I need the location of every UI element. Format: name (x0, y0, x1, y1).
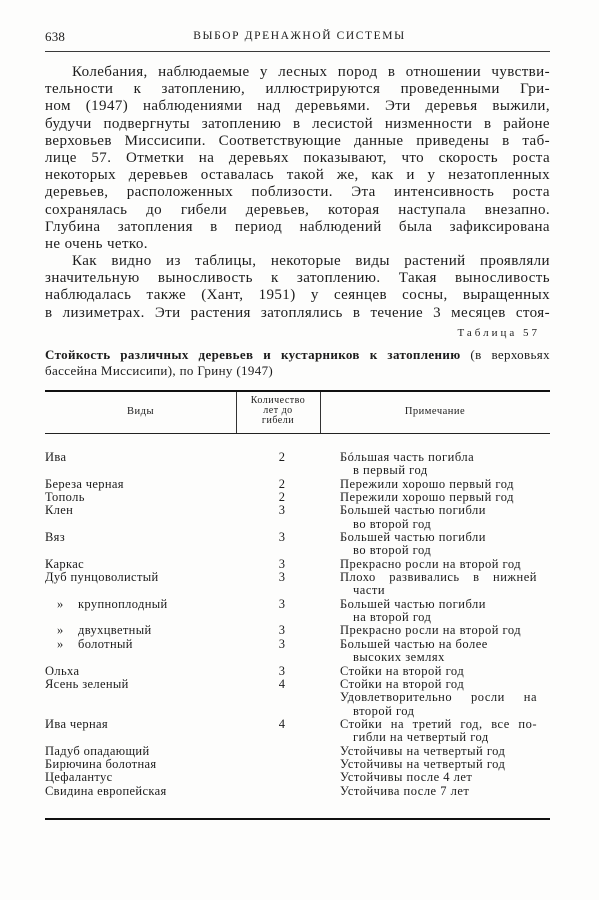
column-header-years-line: гибели (236, 416, 320, 426)
species-cell: Свидина европейская (45, 785, 236, 798)
header-rule (45, 51, 550, 52)
note-cell: Стойки на третий год, все по-гибли на че… (320, 718, 537, 745)
years-cell: 4 (236, 678, 320, 718)
note-line: во второй год (340, 544, 537, 557)
years-cell: 3 (236, 571, 320, 598)
note-line: Удовлетворительно росли на (340, 691, 537, 704)
species-cell: Падуб опадающий (45, 745, 236, 758)
text-line: Как видно из таблицы, некоторые виды рас… (45, 253, 550, 270)
species-name: Свидина европейская (45, 784, 167, 798)
species-cell: »болотный (45, 638, 236, 665)
ditto-mark: » (45, 624, 78, 637)
table-row: Ива2Бóльшая часть погиблав первый год (45, 451, 550, 478)
note-line: на второй год (340, 611, 537, 624)
table-header-rule (45, 433, 550, 434)
note-line: высоких землях (340, 651, 537, 664)
running-head: ВЫБОР ДРЕНАЖНОЙ СИСТЕМЫ (0, 30, 599, 42)
table-row: »крупноплодный3Большей частью погиблина … (45, 598, 550, 625)
species-name: Ясень зеленый (45, 677, 129, 691)
note-cell: Пережили хорошо первый год (320, 491, 537, 504)
years-cell: 3 (236, 624, 320, 637)
species-cell: Ясень зеленый (45, 678, 236, 718)
text-line: Колебания, наблюдаемые у лесных пород в … (45, 64, 550, 81)
note-line: в первый год (340, 464, 537, 477)
years-cell: 3 (236, 598, 320, 625)
text-line: деревьев, расположенных поблизости. Эта … (45, 184, 550, 201)
note-line: Пережили хорошо первый год (340, 491, 537, 504)
species-cell: Ольха (45, 665, 236, 678)
years-cell (236, 758, 320, 771)
note-cell: Устойчивы после 4 лет (320, 771, 537, 784)
species-cell: Клен (45, 504, 236, 531)
note-cell: Устойчивы на четвертый год (320, 758, 537, 771)
years-cell (236, 785, 320, 798)
species-name: крупноплодный (78, 597, 168, 611)
note-line: Прекрасно росли на второй год (340, 558, 537, 571)
species-name: Тополь (45, 490, 85, 504)
species-name: Ива черная (45, 717, 108, 731)
table-row: Тополь2Пережили хорошо первый год (45, 491, 550, 504)
book-page: 638 ВЫБОР ДРЕНАЖНОЙ СИСТЕМЫ Колебания, н… (0, 0, 599, 900)
species-name: Бирючина болотная (45, 757, 157, 771)
table-caption-line-2: бассейна Миссисипи), по Грину (1947) (45, 363, 550, 379)
species-cell: Вяз (45, 531, 236, 558)
ditto-mark: » (45, 638, 78, 651)
years-cell (236, 745, 320, 758)
species-name: Цефалантус (45, 770, 113, 784)
table-row: ЦефалантусУстойчивы после 4 лет (45, 771, 550, 784)
note-line: Устойчивы на четвертый год (340, 758, 537, 771)
years-cell: 4 (236, 718, 320, 745)
years-cell: 2 (236, 451, 320, 478)
column-header-note: Примечание (320, 406, 550, 417)
note-line: Бóльшая часть погибла (340, 451, 537, 464)
species-name: Ольха (45, 664, 79, 678)
species-cell: »двухцветный (45, 624, 236, 637)
text-line: значительную выносливость к затоплению. … (45, 270, 550, 287)
note-line: Плохо развивались в нижней (340, 571, 537, 584)
column-header-years: Количество лет до гибели (236, 396, 320, 426)
table-row: Дуб пунцоволистый3Плохо развивались в ни… (45, 571, 550, 598)
text-line: будучи подвергнуты затоплению в лесистой… (45, 116, 550, 133)
species-cell: Ива (45, 451, 236, 478)
note-cell: Устойчива после 7 лет (320, 785, 537, 798)
note-line: Прекрасно росли на второй год (340, 624, 537, 637)
species-cell: Цефалантус (45, 771, 236, 784)
species-name: Клен (45, 503, 73, 517)
species-name: Ива (45, 450, 66, 464)
text-line: наблюдалась также (Хант, 1951) у сеянцев… (45, 287, 550, 304)
note-line: Устойчивы после 4 лет (340, 771, 537, 784)
note-cell: Пережили хорошо первый год (320, 478, 537, 491)
note-cell: Прекрасно росли на второй год (320, 558, 537, 571)
note-line: второй год (340, 705, 537, 718)
species-name: Дуб пунцоволистый (45, 570, 159, 584)
text-line: в лизиметрах. Эти растения затоплялись в… (45, 305, 550, 322)
table-row: Береза черная2Пережили хорошо первый год (45, 478, 550, 491)
text-line: лице 57. Отметки на деревьях показывают,… (45, 150, 550, 167)
table-row: Клен3Большей частью погибливо второй год (45, 504, 550, 531)
note-line: Большей частью погибли (340, 504, 537, 517)
note-cell: Стойки на второй годУдовлетворительно ро… (320, 678, 537, 718)
years-cell: 3 (236, 531, 320, 558)
note-line: Стойки на второй год (340, 678, 537, 691)
note-line: Пережили хорошо первый год (340, 478, 537, 491)
species-cell: Тополь (45, 491, 236, 504)
table-row: Вяз3Большей частью погибливо второй год (45, 531, 550, 558)
text-line: некоторых деревьев оставалась такой же, … (45, 167, 550, 184)
table-row: Ольха3Стойки на второй год (45, 665, 550, 678)
column-header-species: Виды (45, 406, 236, 417)
note-cell: Устойчивы на четвертый год (320, 745, 537, 758)
table-caption-title: Стойкость различных деревьев и кустарник… (45, 347, 461, 362)
note-cell: Большей частью на болеевысоких землях (320, 638, 537, 665)
table-label: Таблица 57 (457, 327, 540, 339)
table-row: Каркас3Прекрасно росли на второй год (45, 558, 550, 571)
table-row: Падуб опадающийУстойчивы на четвертый го… (45, 745, 550, 758)
table-row: Ива черная4Стойки на третий год, все по-… (45, 718, 550, 745)
years-cell: 3 (236, 558, 320, 571)
note-cell: Большей частью погиблина второй год (320, 598, 537, 625)
note-line: Стойки на второй год (340, 665, 537, 678)
note-line: Большей частью погибли (340, 531, 537, 544)
note-cell: Прекрасно росли на второй год (320, 624, 537, 637)
table-caption-qualifier: (в верховьях (470, 347, 550, 362)
years-cell (236, 771, 320, 784)
note-line: Устойчивы на четвертый год (340, 745, 537, 758)
species-cell: Бирючина болотная (45, 758, 236, 771)
note-line: Стойки на третий год, все по- (340, 718, 537, 731)
years-cell: 3 (236, 504, 320, 531)
table-row: Бирючина болотнаяУстойчивы на четвертый … (45, 758, 550, 771)
species-cell: Дуб пунцоволистый (45, 571, 236, 598)
note-cell: Большей частью погибливо второй год (320, 504, 537, 531)
note-cell: Плохо развивались в нижнейчасти (320, 571, 537, 598)
text-line: сохранялась до гибели деревьев, которая … (45, 202, 550, 219)
note-line: гибли на четвертый год (340, 731, 537, 744)
years-cell: 3 (236, 665, 320, 678)
text-line: не очень четко. (45, 236, 550, 253)
table-top-rule (45, 390, 550, 392)
species-name: болотный (78, 637, 133, 651)
species-name: Вяз (45, 530, 65, 544)
species-name: двухцветный (78, 623, 152, 637)
table-bottom-rule (45, 818, 550, 820)
species-cell: »крупноплодный (45, 598, 236, 625)
text-line: тельности к затоплению, иллюстрируются п… (45, 81, 550, 98)
paragraph: Колебания, наблюдаемые у лесных пород в … (45, 64, 550, 253)
table-row: »двухцветный3Прекрасно росли на второй г… (45, 624, 550, 637)
years-cell: 2 (236, 478, 320, 491)
table-caption-line-1: Стойкость различных деревьев и кустарник… (45, 347, 550, 363)
note-line: во второй год (340, 518, 537, 531)
paragraph: Как видно из таблицы, некоторые виды рас… (45, 253, 550, 322)
species-cell: Ива черная (45, 718, 236, 745)
text-line: ном (1947) наблюдениями над деревьями. Э… (45, 98, 550, 115)
note-line: части (340, 584, 537, 597)
note-cell: Бóльшая часть погиблав первый год (320, 451, 537, 478)
years-cell: 3 (236, 638, 320, 665)
note-line: Устойчива после 7 лет (340, 785, 537, 798)
text-line: верховьев Миссисипи. Соответствующие дан… (45, 133, 550, 150)
table-caption: Стойкость различных деревьев и кустарник… (45, 347, 550, 379)
text-line: Глубина затопления в период наблюдений б… (45, 219, 550, 236)
note-cell: Стойки на второй год (320, 665, 537, 678)
table-row: Ясень зеленый4Стойки на второй годУдовле… (45, 678, 550, 718)
species-cell: Каркас (45, 558, 236, 571)
note-cell: Большей частью погибливо второй год (320, 531, 537, 558)
years-cell: 2 (236, 491, 320, 504)
species-name: Каркас (45, 557, 84, 571)
note-line: Большей частью погибли (340, 598, 537, 611)
species-name: Береза черная (45, 477, 124, 491)
table-row: »болотный3Большей частью на болеевысоких… (45, 638, 550, 665)
species-cell: Береза черная (45, 478, 236, 491)
table-row: Свидина европейскаяУстойчива после 7 лет (45, 785, 550, 798)
table-body: Ива2Бóльшая часть погиблав первый годБер… (45, 451, 550, 798)
species-name: Падуб опадающий (45, 744, 150, 758)
body-text: Колебания, наблюдаемые у лесных пород в … (45, 64, 550, 322)
note-line: Большей частью на более (340, 638, 537, 651)
ditto-mark: » (45, 598, 78, 611)
